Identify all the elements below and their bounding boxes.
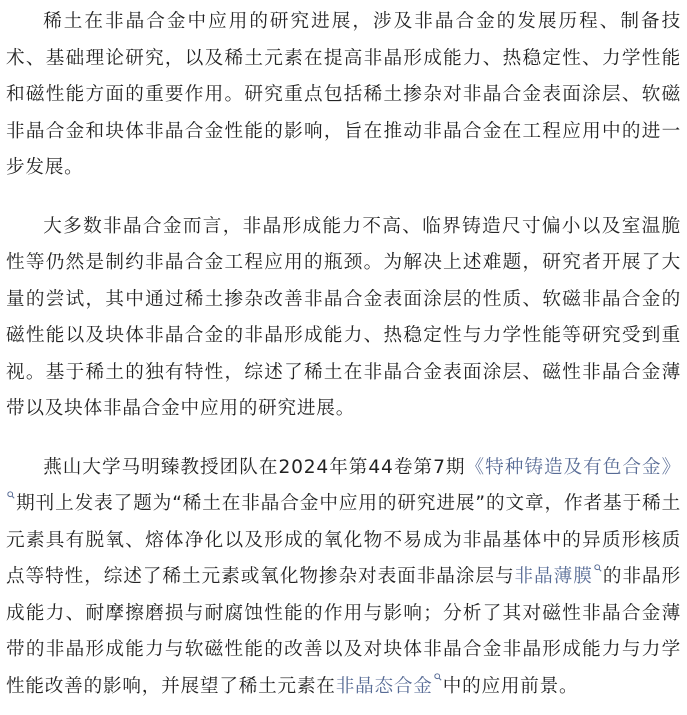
amorphous-alloy-link-text[interactable]: 非晶态合金	[336, 676, 433, 697]
article-body: 稀土在非晶合金中应用的研究进展，涉及非晶合金的发展历程、制备技术、基础理论研究，…	[0, 0, 687, 705]
amorphous-alloy-link[interactable]: 非晶态合金	[336, 676, 443, 697]
paragraph-text: 稀土在非晶合金中应用的研究进展，涉及非晶合金的发展历程、制备技术、基础理论研究，…	[6, 11, 681, 178]
search-icon[interactable]	[7, 491, 14, 498]
paragraph-text: 中的应用前景。	[443, 676, 579, 697]
paragraph-text: 大多数非晶合金而言，非晶形成能力不高、临界铸造尺寸偏小以及室温脆性等仍然是制约非…	[6, 216, 681, 420]
amorphous-film-link-text[interactable]: 非晶薄膜	[515, 566, 593, 587]
paragraph-background: 大多数非晶合金而言，非晶形成能力不高、临界铸造尺寸偏小以及室温脆性等仍然是制约非…	[6, 209, 681, 428]
journal-link-text[interactable]: 《特种铸造及有色合金》	[466, 457, 681, 478]
paragraph-text: 燕山大学马明臻教授团队在2024年第44卷第7期	[43, 457, 465, 478]
paragraph-publication: 燕山大学马明臻教授团队在2024年第44卷第7期《特种铸造及有色合金》期刊上发表…	[6, 450, 681, 706]
amorphous-film-link[interactable]: 非晶薄膜	[515, 566, 603, 587]
search-icon[interactable]	[434, 673, 441, 680]
paragraph-summary: 稀土在非晶合金中应用的研究进展，涉及非晶合金的发展历程、制备技术、基础理论研究，…	[6, 4, 681, 187]
search-icon[interactable]	[594, 564, 601, 571]
